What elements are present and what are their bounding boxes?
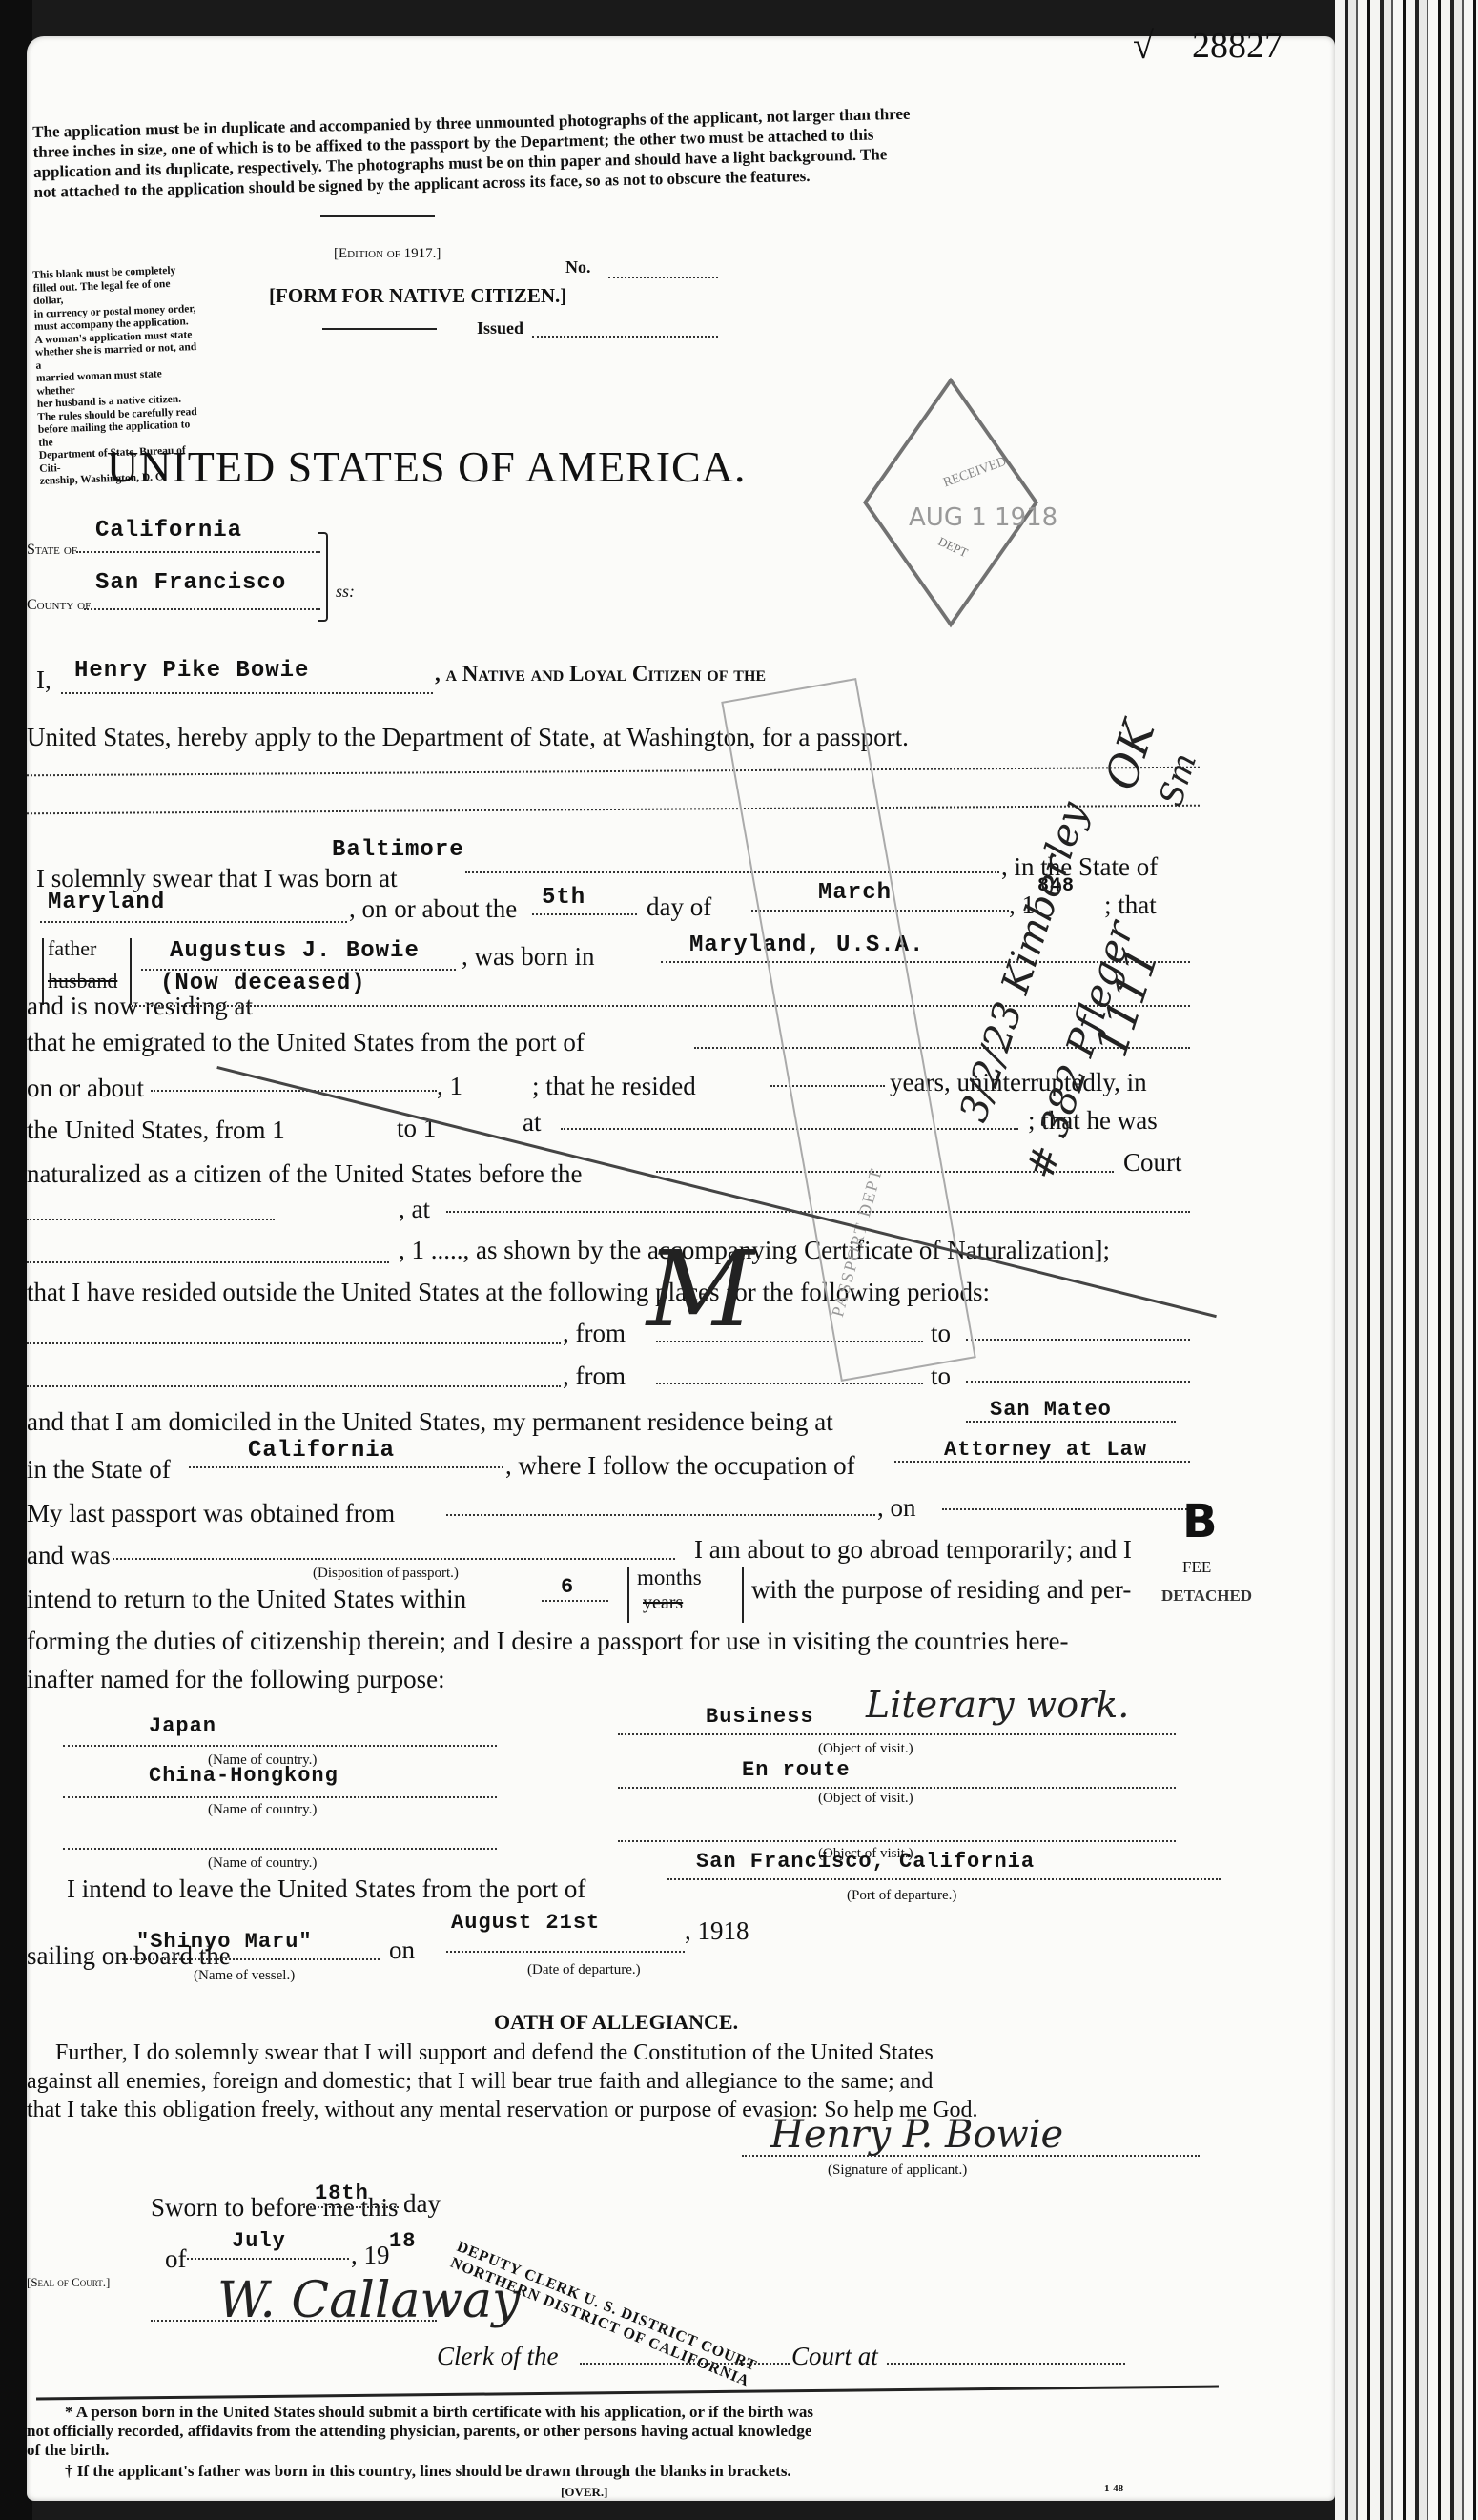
- port-label: I intend to leave the United States from…: [67, 1875, 585, 1904]
- father-residence: (Now deceased): [160, 971, 366, 996]
- received-stamp-date: AUG 1 1918: [909, 503, 1057, 532]
- of-label: of: [165, 2244, 187, 2274]
- issued-label: Issued: [477, 318, 523, 338]
- footnote-father: † If the applicant's father was born in …: [65, 2462, 791, 2481]
- clerk-signature-line: [151, 2320, 437, 2322]
- birth-day: 5th: [542, 885, 585, 911]
- place-line: [27, 1385, 561, 1387]
- resided-label: ; that he resided: [532, 1072, 696, 1101]
- occupation-label: , where I follow the occupation of: [505, 1451, 855, 1481]
- from-label: , from: [563, 1362, 626, 1391]
- birth-state: Maryland: [48, 890, 165, 915]
- or-about-label: on or about: [27, 1074, 144, 1103]
- handwritten-purpose: Literary work.: [866, 1684, 1129, 1726]
- on-label: on: [389, 1936, 415, 1965]
- handwritten-m-mark: M: [647, 1228, 754, 1350]
- residence-line: [966, 1421, 1176, 1423]
- signature-caption: (Signature of applicant.): [828, 2162, 967, 2179]
- last-passport-field[interactable]: [446, 1514, 875, 1516]
- applicant-name: Henry Pike Bowie: [74, 658, 309, 684]
- court-label: Court: [1123, 1148, 1182, 1178]
- blank-line: [27, 767, 1200, 777]
- vessel-caption: (Name of vessel.): [194, 1968, 295, 1984]
- father-name: Augustus J. Bowie: [170, 938, 420, 964]
- day-of-label: day of: [647, 892, 711, 922]
- duties-label: forming the duties of citizenship therei…: [27, 1627, 1068, 1656]
- sworn-month: July: [232, 2229, 286, 2253]
- us-from-label: the United States, from 1: [27, 1116, 285, 1145]
- margin-note-ok: OK: [1095, 714, 1165, 795]
- on-or-about-label: , on or about the: [349, 894, 517, 924]
- no-label: No.: [565, 257, 591, 277]
- last-passport-date-field[interactable]: [942, 1508, 1190, 1510]
- domicile-state-label: in the State of: [27, 1455, 171, 1485]
- edition-label: [Edition of 1917.]: [334, 246, 441, 262]
- country-1-field[interactable]: [63, 1745, 497, 1747]
- object-1-field[interactable]: [618, 1733, 1176, 1735]
- to-field[interactable]: [966, 1339, 1190, 1341]
- detached-mark: DETACHED: [1161, 1587, 1252, 1606]
- return-label: intend to return to the United States wi…: [27, 1585, 466, 1614]
- born-in-label: , was born in: [462, 942, 594, 972]
- object-2: En route: [742, 1758, 851, 1782]
- check-mark: √: [1133, 23, 1154, 68]
- country-2: China-Hongkong: [149, 1764, 339, 1788]
- sworn-day: 18th: [315, 2182, 369, 2205]
- disposition-caption: (Disposition of passport.): [313, 1566, 459, 1582]
- photo-instructions: The application must be in duplicate and…: [32, 98, 1187, 202]
- state-field-line: [76, 551, 320, 553]
- purpose-label: with the purpose of residing and per-: [751, 1575, 1131, 1605]
- state-label: State of: [27, 542, 77, 559]
- passport-application-page: √ 28827 The application must be in dupli…: [27, 36, 1335, 2501]
- oath-title: OATH OF ALLEGIANCE.: [494, 2010, 738, 2035]
- return-line: [542, 1600, 608, 1602]
- place-line: [27, 1342, 561, 1344]
- naturalized-label: naturalized as a citizen of the United S…: [27, 1159, 583, 1189]
- vessel-name: "Shinyo Maru": [136, 1930, 313, 1954]
- court-location-line: [887, 2363, 1125, 2365]
- court-name-line: [580, 2363, 790, 2365]
- date-caption: (Date of departure.): [527, 1962, 641, 1978]
- object-caption: (Object of visit.): [818, 1741, 913, 1757]
- date-line: [151, 1090, 437, 1092]
- birth-state-line: [40, 921, 347, 923]
- object-1: Business: [706, 1705, 814, 1729]
- port-value: San Francisco, California: [696, 1850, 1035, 1874]
- blank-line: [27, 805, 1200, 815]
- bracket: [318, 532, 328, 622]
- residence-value: San Mateo: [990, 1398, 1112, 1422]
- from-label: , from: [563, 1319, 626, 1348]
- port-caption: (Port of departure.): [847, 1888, 956, 1904]
- sworn-day-line: [303, 2206, 399, 2208]
- year-prefix: , 1: [437, 1072, 462, 1101]
- unit-months: months: [637, 1566, 702, 1590]
- day-label: day: [403, 2189, 441, 2219]
- document-title: UNITED STATES OF AMERICA.: [107, 441, 746, 492]
- emigrated-label: that he emigrated to the United States f…: [27, 1028, 585, 1057]
- last-passport-label: My last passport was obtained from: [27, 1499, 395, 1528]
- passport-stamp-frame: [721, 678, 976, 1382]
- country-1: Japan: [149, 1714, 216, 1738]
- year-label: , 19: [351, 2241, 390, 2270]
- domicile-state: California: [248, 1438, 395, 1464]
- received-stamp: [863, 378, 1038, 628]
- certificate-label: , 1 ....., as shown by the accompanying …: [399, 1236, 1110, 1265]
- county-field-line: [84, 608, 320, 610]
- state-value: California: [95, 518, 242, 543]
- domicile-label: and that I am domiciled in the United St…: [27, 1407, 833, 1437]
- no-field[interactable]: [608, 277, 718, 278]
- to-label: to: [931, 1362, 951, 1391]
- form-code: 1-48: [1104, 2483, 1123, 2494]
- at-line: [561, 1128, 1018, 1130]
- on-label: , on: [877, 1493, 916, 1523]
- hereafter-label: inafter named for the following purpose:: [27, 1665, 445, 1694]
- departure-date: August 21st: [451, 1911, 600, 1935]
- occupation-line: [894, 1461, 1190, 1463]
- seal-of-court: [Seal of Court.]: [27, 2275, 110, 2290]
- vessel-line: [122, 1958, 380, 1960]
- county-value: San Francisco: [95, 570, 286, 596]
- domicile-state-line: [189, 1466, 503, 1468]
- footnote-birth-certificate: * A person born in the United States sho…: [27, 2403, 1209, 2460]
- relation-father: father: [48, 936, 96, 961]
- over-label: [OVER.]: [561, 2485, 607, 2500]
- country-caption: (Name of country.): [208, 1855, 317, 1872]
- to-field[interactable]: [966, 1381, 1190, 1383]
- port-line: [667, 1878, 1221, 1880]
- abroad-label: I am about to go abroad temporarily; and…: [694, 1535, 1132, 1565]
- that-label: ; that: [1104, 891, 1157, 920]
- margin-initial: Sm: [1152, 748, 1204, 810]
- name-field-line: [61, 692, 433, 694]
- intro-i: I,: [36, 666, 51, 695]
- departure-year: , 1918: [685, 1916, 749, 1946]
- occupation-value: Attorney at Law: [944, 1438, 1147, 1462]
- birth-day-line: [532, 913, 637, 915]
- and-was-label: and was: [27, 1541, 111, 1570]
- birth-place-line: [465, 871, 999, 873]
- file-number: 28827: [1192, 25, 1283, 67]
- fee-mark: FEE: [1182, 1558, 1211, 1577]
- sworn-year: 18: [389, 2229, 416, 2253]
- disposition-field[interactable]: [113, 1558, 675, 1560]
- applicant-signature: Henry P. Bowie: [770, 2113, 1063, 2157]
- unit-years-struck: years: [643, 1592, 683, 1614]
- citizen-statement: , a Native and Loyal Citizen of the: [435, 662, 766, 686]
- date-line: [446, 1951, 685, 1953]
- at-label: at: [523, 1108, 542, 1137]
- blank-line: [27, 1219, 275, 1220]
- country-caption: (Name of country.): [208, 1802, 317, 1818]
- signature-line: [742, 2155, 1200, 2157]
- form-type-label: [FORM FOR NATIVE CITIZEN.]: [269, 284, 566, 308]
- court-at-label: Court at: [791, 2342, 878, 2371]
- bracket: [734, 1567, 744, 1623]
- page-stack-edge: [1335, 0, 1478, 2520]
- object-3-field[interactable]: [618, 1840, 1176, 1842]
- footnote-divider: [36, 2386, 1219, 2401]
- country-3-field[interactable]: [63, 1848, 497, 1850]
- county-label: County of: [27, 597, 91, 614]
- b-mark: B: [1182, 1495, 1218, 1548]
- divider: [322, 328, 437, 330]
- at-label: , at: [399, 1195, 430, 1224]
- issued-field[interactable]: [532, 336, 718, 338]
- blank-line: [27, 1261, 389, 1263]
- birth-place: Baltimore: [332, 837, 464, 863]
- object-caption: (Object of visit.): [818, 1791, 913, 1807]
- country-2-field[interactable]: [63, 1796, 497, 1798]
- relation-husband-struck: husband: [48, 969, 117, 994]
- from-field[interactable]: [656, 1383, 923, 1384]
- clerk-of-label: Clerk of the: [437, 2342, 558, 2371]
- divider: [320, 215, 435, 217]
- oath-text: Further, I do solemnly swear that I will…: [55, 2039, 978, 2124]
- sworn-month-line: [187, 2258, 349, 2260]
- object-2-field[interactable]: [618, 1787, 1176, 1789]
- ss-label: ss:: [336, 582, 355, 602]
- return-value: 6: [561, 1575, 574, 1599]
